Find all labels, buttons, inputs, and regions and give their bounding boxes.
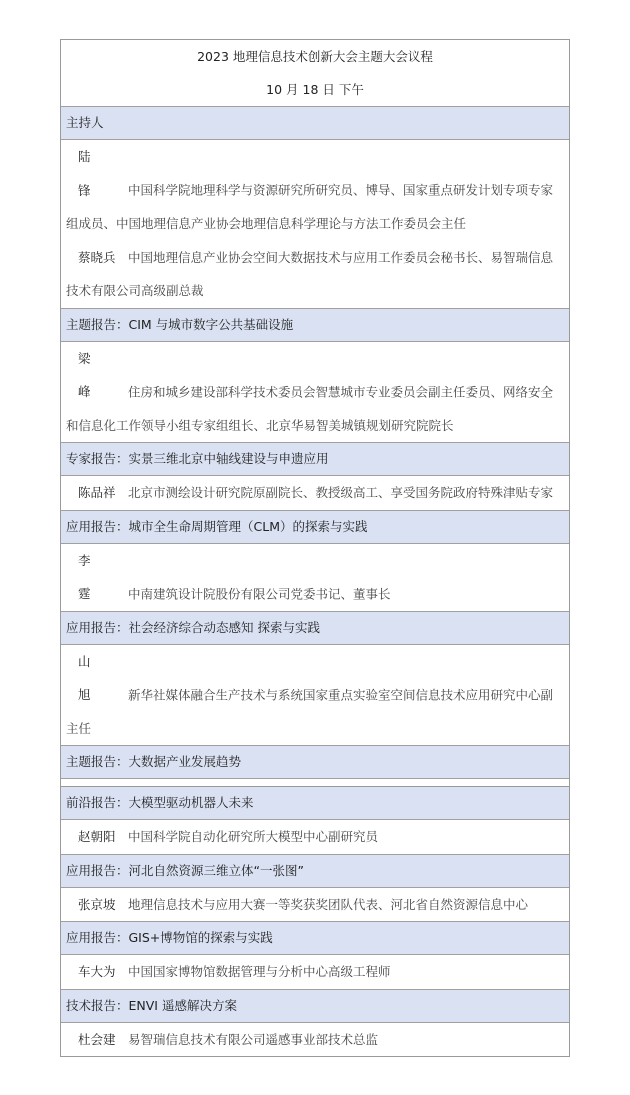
person-desc: 地理信息技术与应用大赛一等奖获奖团队代表、河北省自然资源信息中心 [128,897,528,912]
person-name: 李 霆 [66,544,128,611]
person-desc: 中南建筑设计院股份有限公司党委书记、董事长 [128,586,391,601]
person-entry: 陆 锋中国科学院地理科学与资源研究所研究员、博导、国家重点研发计划专项专家组成员… [66,140,563,241]
agenda-date: 10 月 18 日 下午 [61,73,569,106]
person-name: 梁 峰 [66,342,128,409]
section-header: 前沿报告：大模型驱动机器人未来 [61,787,569,819]
section-header: 应用报告：河北自然资源三维立体“一张图” [61,854,569,887]
section-people: 车大为中国国家博物馆数据管理与分析中心高级工程师 [61,954,569,989]
section-header: 技术报告：ENVI 遥感解决方案 [61,989,569,1022]
section-header: 应用报告：社会经济综合动态感知 探索与实践 [61,611,569,644]
person-name: 陈品祥 [66,476,128,510]
agenda-title: 2023 地理信息技术创新大会主题大会议程 [61,40,569,73]
person-name: 车大为 [66,955,128,989]
section-people: 赵朝阳中国科学院自动化研究所大模型中心副研究员 [61,819,569,854]
person-desc: 北京市测绘设计研究院原副院长、教授级高工、享受国务院政府特殊津贴专家 [128,485,553,500]
person-name: 山 旭 [66,645,128,712]
section-header: 应用报告：城市全生命周期管理（CLM）的探索与实践 [61,510,569,543]
person-name: 蔡晓兵 [66,241,128,275]
agenda-table-2: 前沿报告：大模型驱动机器人未来 赵朝阳中国科学院自动化研究所大模型中心副研究员 … [60,786,570,1057]
section-people: 张京坡地理信息技术与应用大赛一等奖获奖团队代表、河北省自然资源信息中心 [61,887,569,922]
section-header: 主题报告：大数据产业发展趋势 [61,745,569,778]
person-name: 张京坡 [66,888,128,922]
section-header: 主题报告：CIM 与城市数字公共基础设施 [61,308,569,341]
section-header: 应用报告：GIS+博物馆的探索与实践 [61,921,569,954]
agenda-table-1: 2023 地理信息技术创新大会主题大会议程 10 月 18 日 下午 主持人 陆… [60,39,570,915]
person-name: 赵朝阳 [66,820,128,854]
section-people: 陈品祥北京市测绘设计研究院原副院长、教授级高工、享受国务院政府特殊津贴专家 [61,475,569,510]
person-desc: 中国国家博物馆数据管理与分析中心高级工程师 [128,964,391,979]
section-people: 梁 峰住房和城乡建设部科学技术委员会智慧城市专业委员会副主任委员、网络安全和信息… [61,341,569,443]
section-people: 陆 锋中国科学院地理科学与资源研究所研究员、博导、国家重点研发计划专项专家组成员… [61,139,569,308]
person-name: 陆 锋 [66,140,128,207]
section-people: 杜会建易智瑞信息技术有限公司遥感事业部技术总监 [61,1022,569,1057]
section-people: 山 旭新华社媒体融合生产技术与系统国家重点实验室空间信息技术应用研究中心副主任 [61,644,569,746]
person-entry: 蔡晓兵中国地理信息产业协会空间大数据技术与应用工作委员会秘书长、易智瑞信息技术有… [66,241,563,308]
person-desc: 中国科学院自动化研究所大模型中心副研究员 [128,829,378,844]
person-desc: 易智瑞信息技术有限公司遥感事业部技术总监 [128,1032,378,1047]
section-header: 专家报告：实景三维北京中轴线建设与申遗应用 [61,442,569,475]
section-header: 主持人 [61,106,569,139]
person-desc: 新华社媒体融合生产技术与系统国家重点实验室空间信息技术应用研究中心副主任 [66,687,553,736]
section-people: 李 霆中南建筑设计院股份有限公司党委书记、董事长 [61,543,569,611]
person-name: 杜会建 [66,1023,128,1057]
person-desc: 中国科学院地理科学与资源研究所研究员、博导、国家重点研发计划专项专家组成员、中国… [66,183,553,232]
person-desc: 住房和城乡建设部科学技术委员会智慧城市专业委员会副主任委员、网络安全和信息化工作… [66,384,553,433]
person-desc: 中国地理信息产业协会空间大数据技术与应用工作委员会秘书长、易智瑞信息技术有限公司… [66,250,553,299]
